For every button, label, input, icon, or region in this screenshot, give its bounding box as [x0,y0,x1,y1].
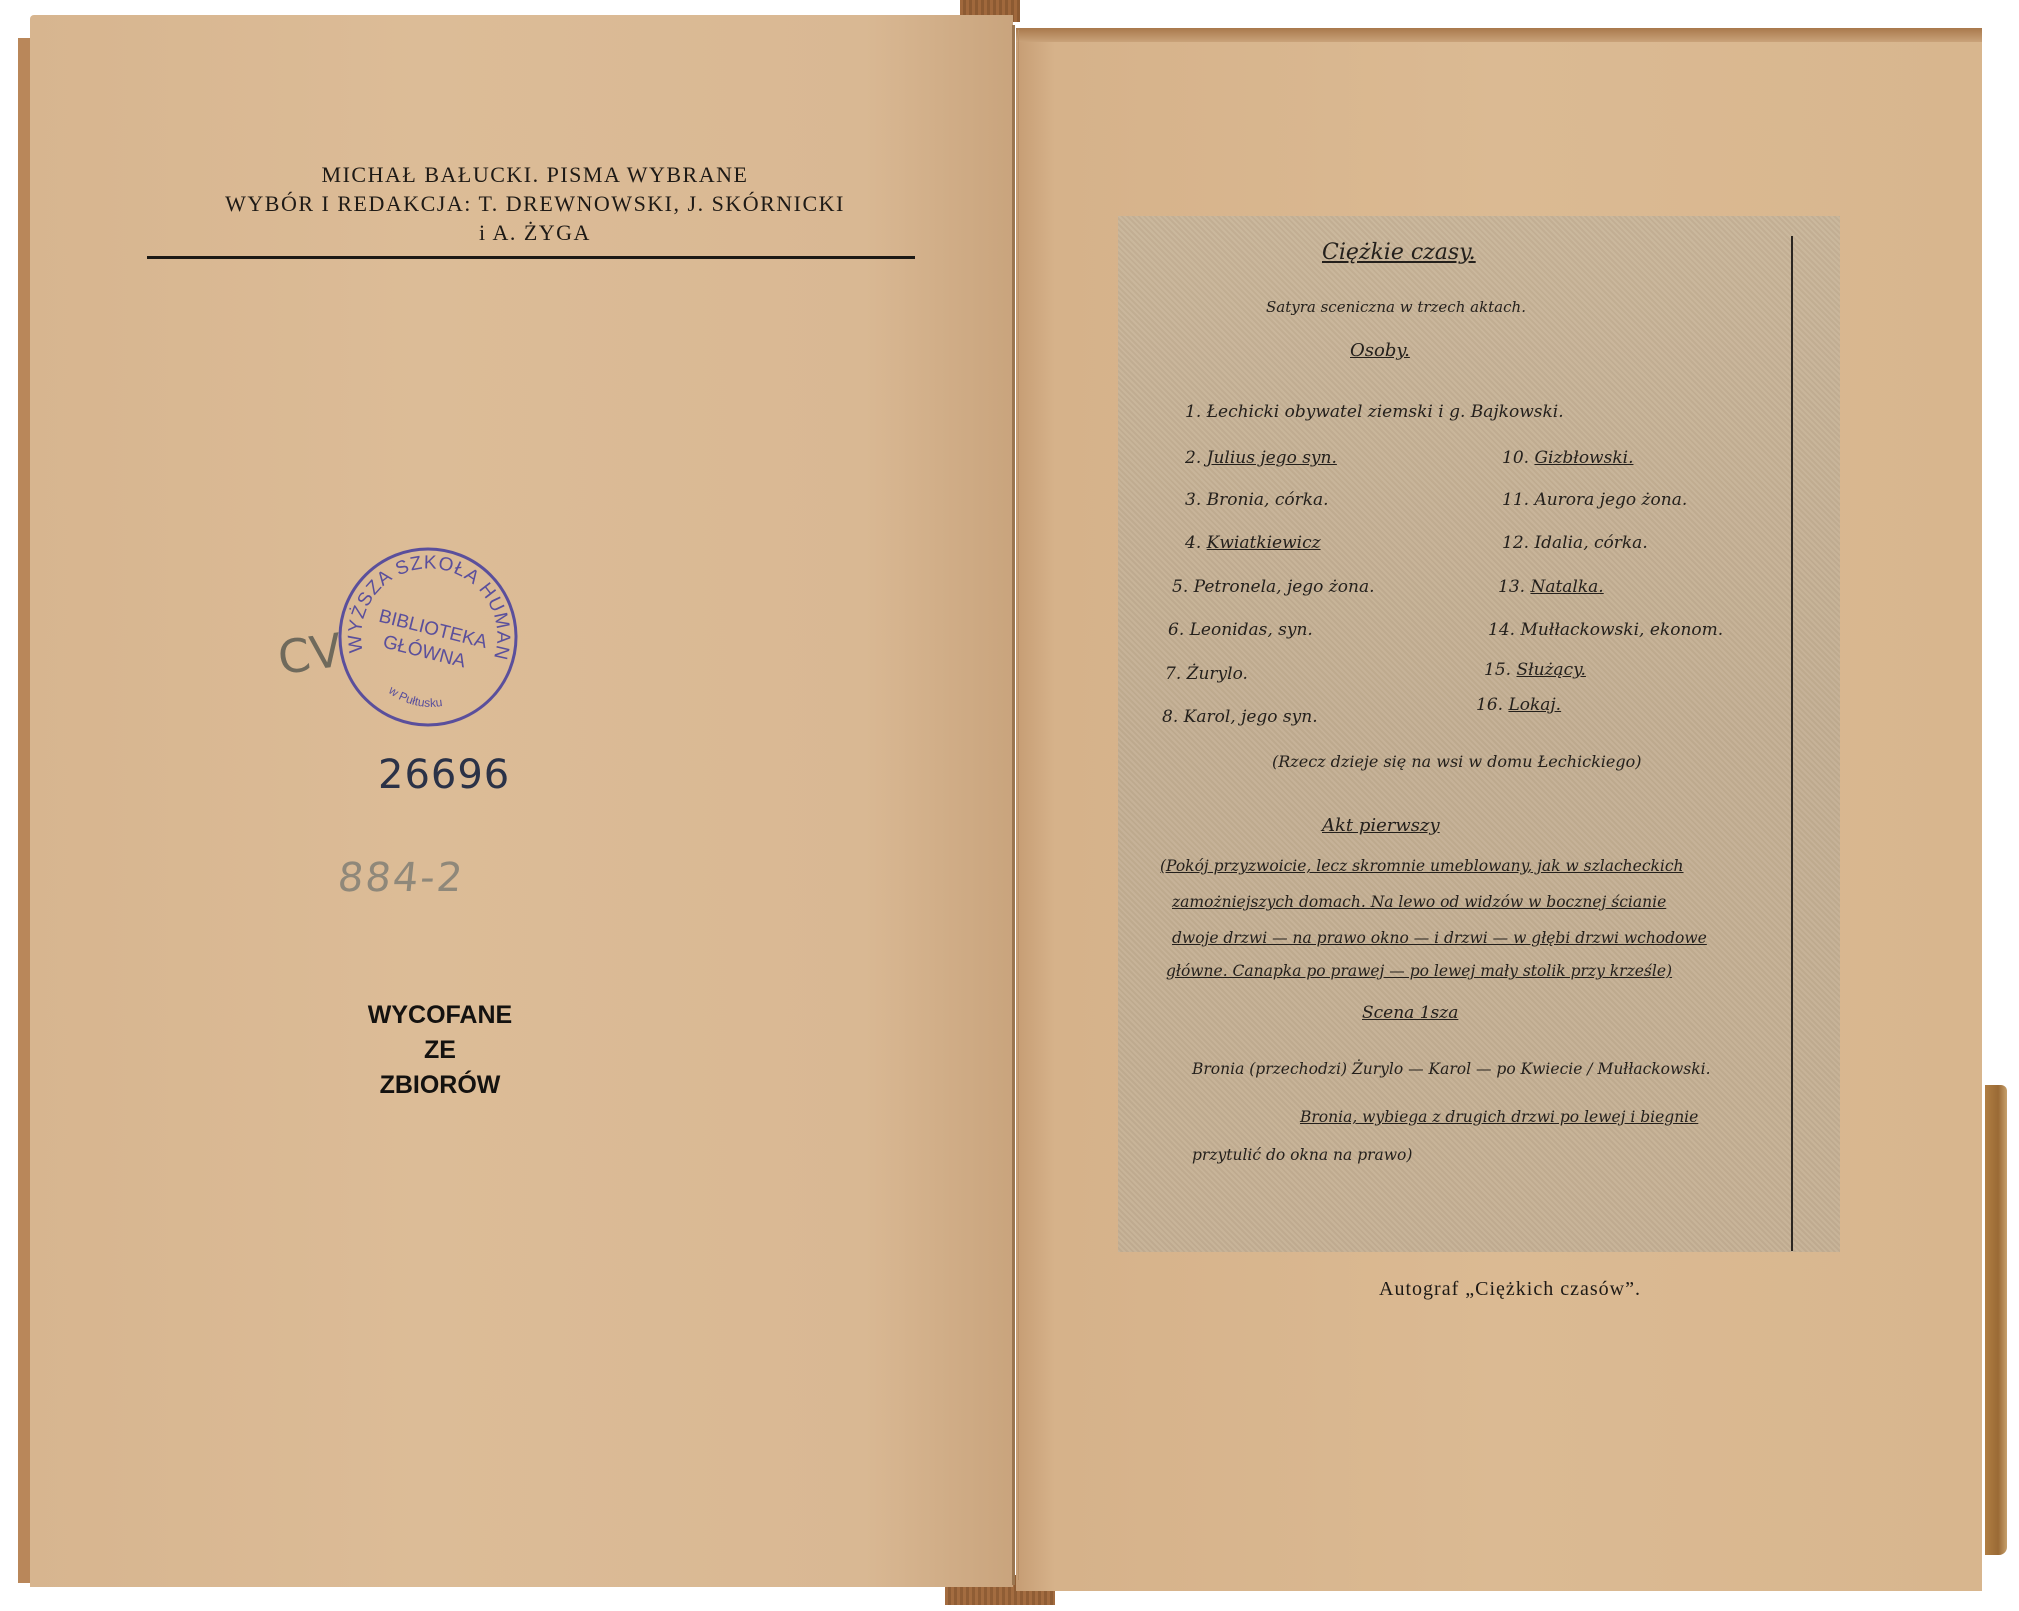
ms-stage-line: zamożniejszych domach. Na lewo od widzów… [1172,893,1666,911]
ms-setting-note: (Rzecz dzieje się na wsi w domu Łechicki… [1272,752,1642,771]
ms-person: 3. Bronia, córka. [1185,490,1329,510]
shelf-mark: 884-2 [336,855,467,901]
series-line-1: MICHAŁ BAŁUCKI. PISMA WYBRANE [140,160,930,189]
withdrawn-stamp: WYCOFANE ZE ZBIORÓW [330,998,550,1103]
cover-cloth-right [1985,1085,2007,1555]
ms-person: 12. Idalia, córka. [1502,533,1648,553]
ms-person: 1. Łechicki obywatel ziemski i g. Bajkow… [1185,402,1564,422]
ms-act-heading: Akt pierwszy [1322,815,1440,836]
manuscript-facsimile [1118,216,1840,1252]
series-rule-divider [147,256,915,259]
withdrawn-line-1: WYCOFANE [330,998,550,1033]
series-line-2: WYBÓR I REDAKCJA: T. DREWNOWSKI, J. SKÓR… [140,189,930,218]
withdrawn-line-2: ZE [330,1033,550,1068]
ms-person: 7. Żurylo. [1165,664,1248,684]
facsimile-margin-line [1791,236,1793,1251]
ms-person: 11. Aurora jego żona. [1502,490,1687,510]
ms-person: 5. Petronela, jego żona. [1172,577,1375,597]
facsimile-caption: Autograf „Ciężkich czasów”. [1320,1278,1700,1301]
book-cover-edge-left [18,38,30,1583]
ms-person: 15. Służący. [1484,660,1586,680]
ms-stage-line: (Pokój przyzwoicie, lecz skromnie umeblo… [1160,857,1684,875]
library-stamp-icon: WYŻSZA SZKOŁA HUMANISTYCZNA BIBLIOTEKA G… [333,542,523,732]
withdrawn-line-3: ZBIORÓW [330,1068,550,1103]
inventory-number: 26696 [378,752,510,798]
ms-person: 10. Gizbłowski. [1502,448,1633,468]
ms-stage-line: dwoje drzwi — na prawo okno — i drzwi — … [1172,929,1707,947]
ms-person: 8. Karol, jego syn. [1162,707,1318,727]
ms-person: 2. Julius jego syn. [1185,448,1337,468]
ms-scene-line: przytulić do okna na prawo) [1192,1146,1412,1164]
right-page-top-edge [1016,28,1982,42]
ms-subtitle: Satyra sceniczna w trzech aktach. [1266,298,1526,316]
ms-scene-line: Bronia, wybiega z drugich drzwi po lewej… [1300,1108,1698,1126]
stamp-bottom-text: w Pułtusku [385,682,443,709]
left-page [30,15,1013,1587]
ms-scene-heading: Scena 1sza [1362,1003,1458,1023]
ms-person: 6. Leonidas, syn. [1168,620,1313,640]
ms-person: 14. Mułłackowski, ekonom. [1488,620,1723,640]
svg-text:w Pułtusku: w Pułtusku [385,682,443,709]
ms-persons-heading: Osoby. [1350,340,1410,361]
series-line-3: i A. ŻYGA [140,218,930,247]
ms-title: Ciężkie czasy. [1322,240,1476,265]
ms-stage-line: główne. Canapka po prawej — po lewej mał… [1166,962,1672,980]
ms-person: 16. Lokaj. [1476,695,1561,715]
series-header: MICHAŁ BAŁUCKI. PISMA WYBRANE WYBÓR I RE… [140,160,930,247]
ms-person: 4. Kwiatkiewicz [1185,533,1321,553]
gutter-fold [1018,30,1019,1580]
ms-scene-line: Bronia (przechodzi) Żurylo — Karol — po … [1192,1060,1711,1078]
book-gutter [1012,25,1015,1585]
ms-person: 13. Natalka. [1498,577,1604,597]
